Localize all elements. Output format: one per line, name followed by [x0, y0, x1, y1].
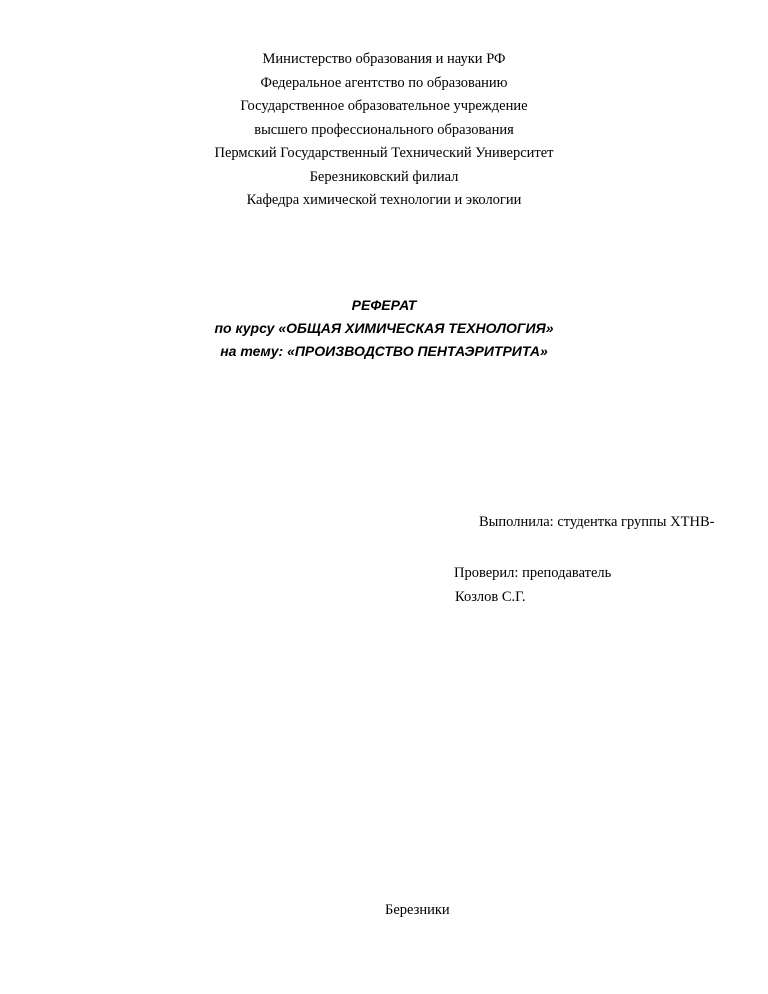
course-line: по курсу «ОБЩАЯ ХИМИЧЕСКАЯ ТЕХНОЛОГИЯ» — [0, 317, 768, 340]
header-line-institution-type: Государственное образовательное учрежден… — [0, 95, 768, 119]
header-line-ministry: Министерство образования и науки РФ — [0, 48, 768, 72]
document-type: РЕФЕРАТ — [0, 294, 768, 317]
header-line-branch: Березниковский филиал — [0, 166, 768, 190]
checked-by-name: Козлов С.Г. — [455, 589, 526, 606]
performed-by: Выполнила: студентка группы ХТНВ- — [479, 514, 714, 531]
checked-by-label: Проверил: преподаватель — [454, 565, 611, 582]
topic-line: на тему: «ПРОИЗВОДСТВО ПЕНТАЭРИТРИТА» — [0, 340, 768, 363]
institution-header: Министерство образования и науки РФ Феде… — [0, 48, 768, 213]
title-block: РЕФЕРАТ по курсу «ОБЩАЯ ХИМИЧЕСКАЯ ТЕХНО… — [0, 294, 768, 363]
header-line-department: Кафедра химической технологии и экологии — [0, 189, 768, 213]
header-line-university: Пермский Государственный Технический Уни… — [0, 142, 768, 166]
header-line-education-level: высшего профессионального образования — [0, 119, 768, 143]
header-line-agency: Федеральное агентство по образованию — [0, 72, 768, 96]
city: Березники — [385, 902, 450, 919]
